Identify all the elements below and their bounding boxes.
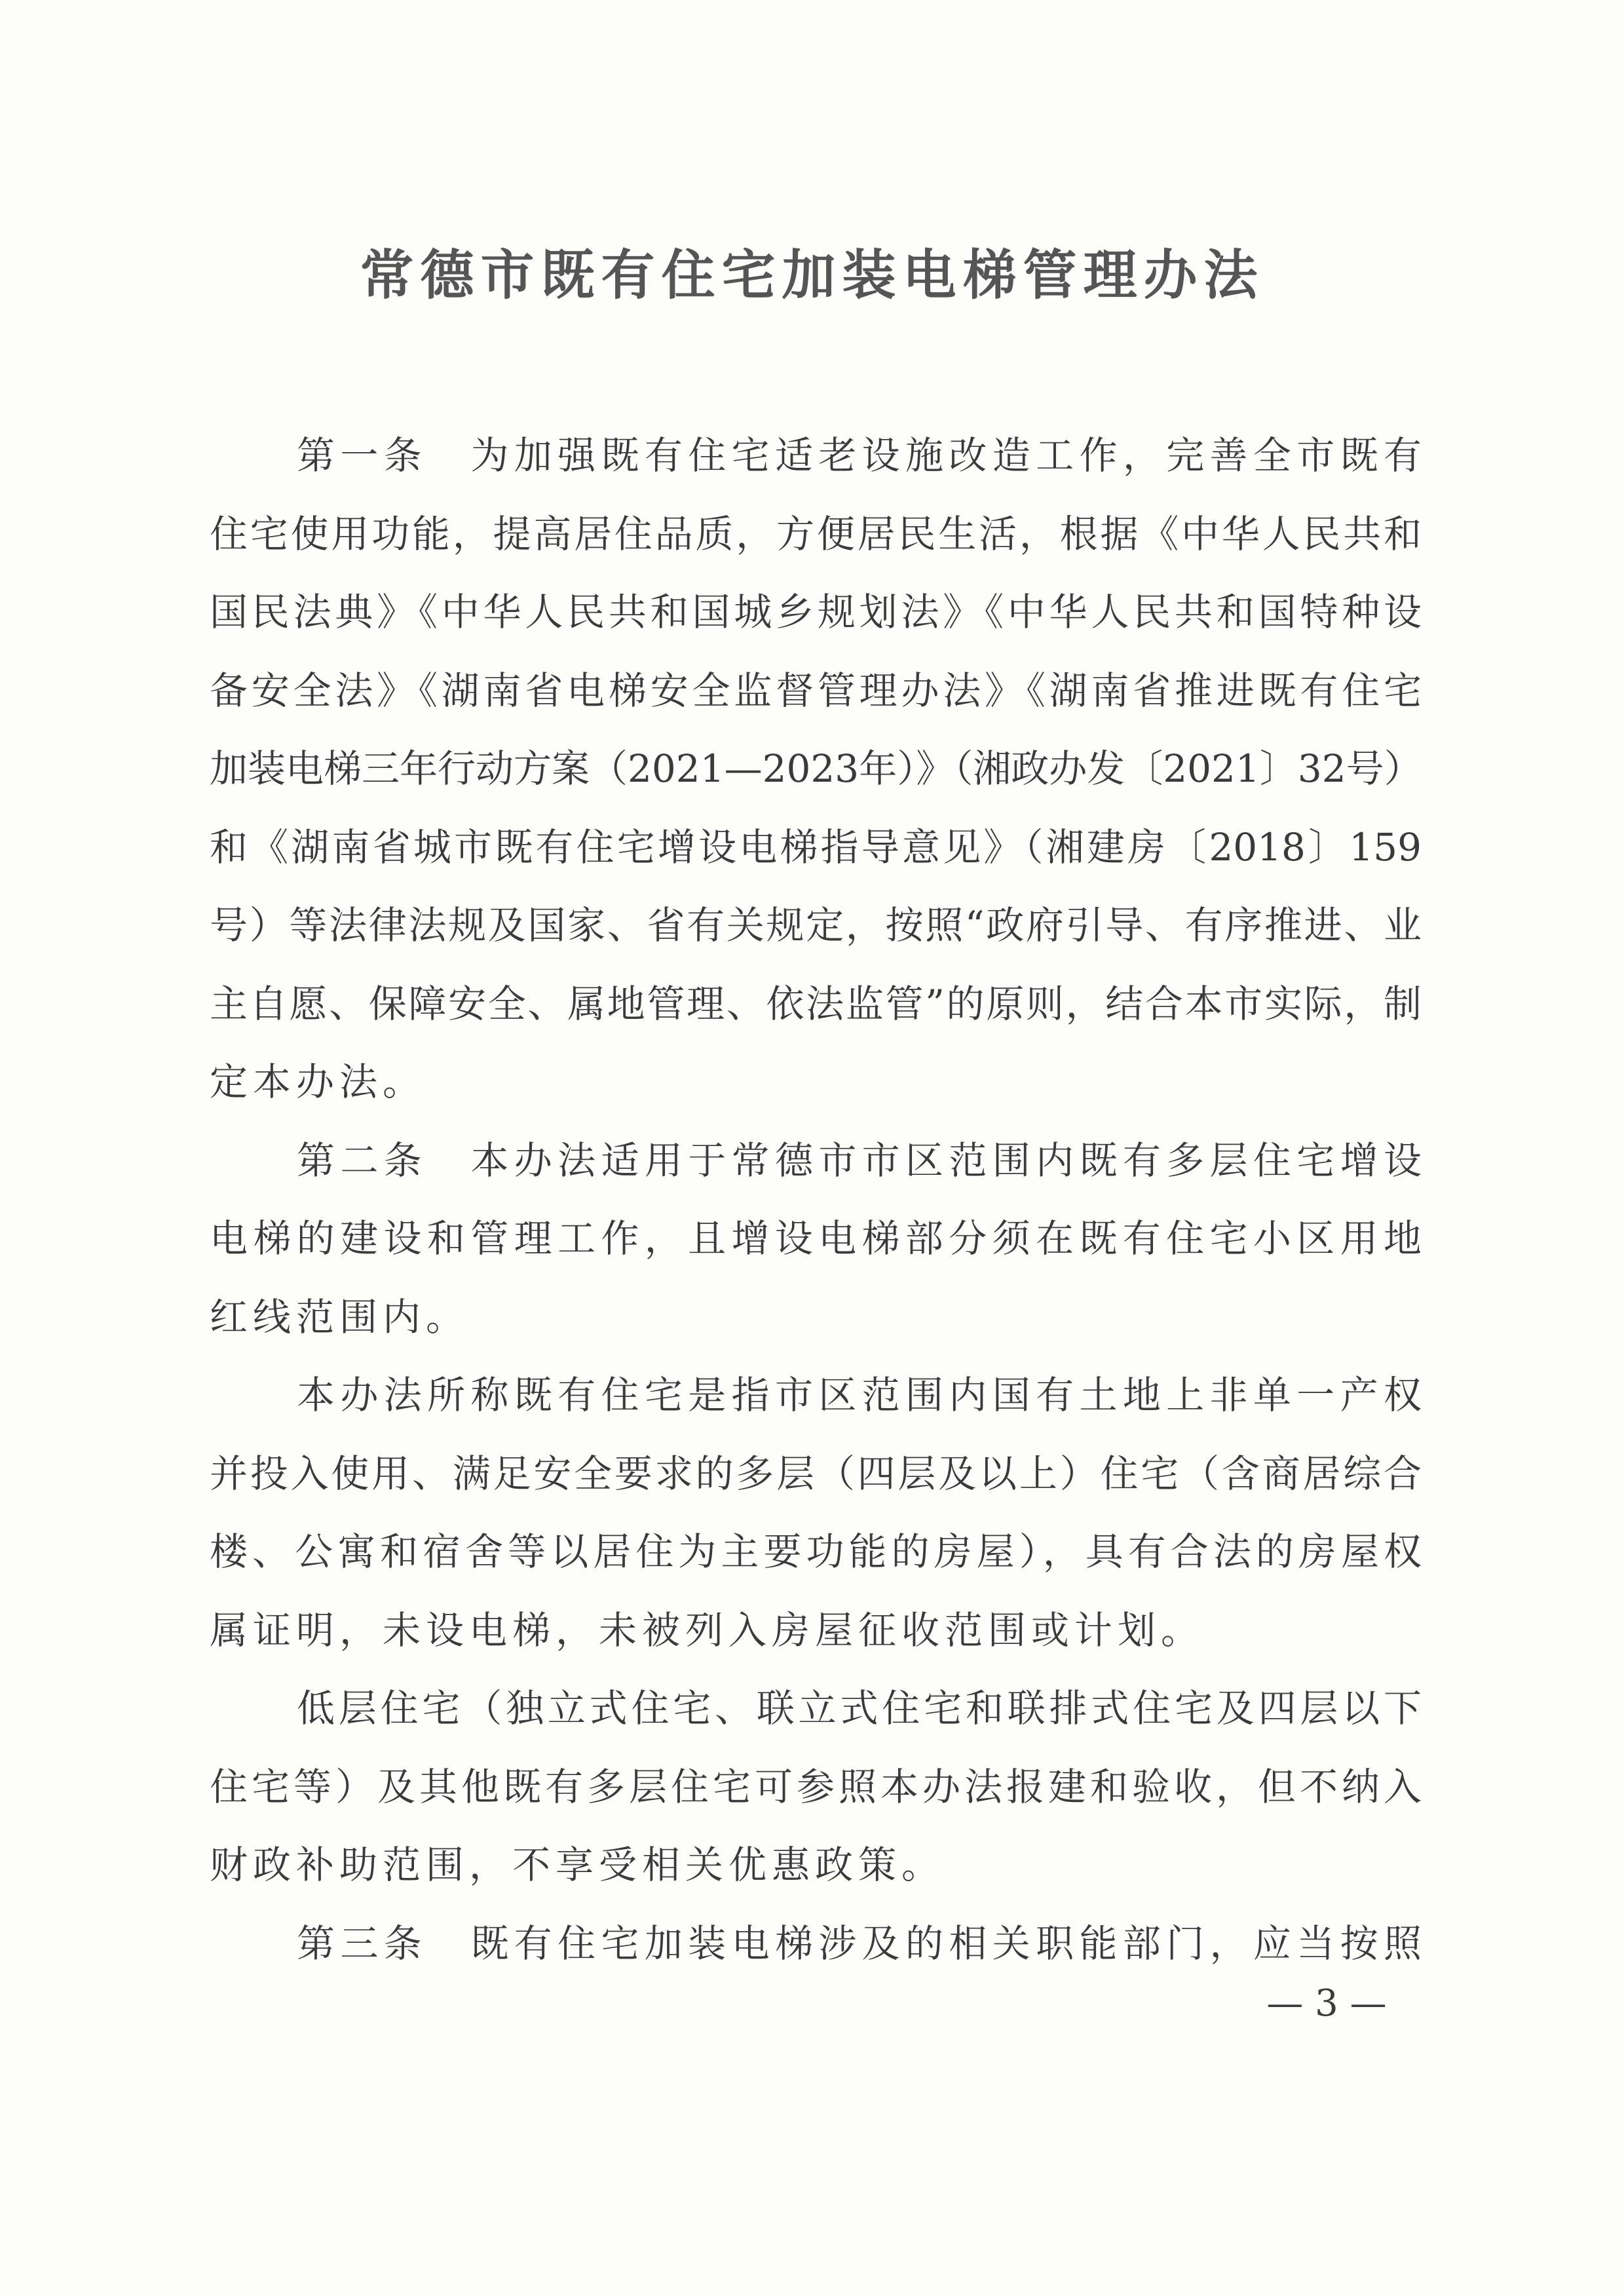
document-page: 常德市既有住宅加装电梯管理办法 第一条 为加强既有住宅适老设施改造工作，完善全市… (0, 0, 1624, 2296)
article-1-line-4: 备安全法》《湖南省电梯安全监督管理办法》《湖南省推进既有住宅 (210, 664, 1422, 717)
article-1-line-6: 和《湖南省城市既有住宅增设电梯指导意见》（湘建房〔2018〕159 (210, 821, 1422, 873)
page-number: — 3 — (1238, 1984, 1415, 2023)
article-2-line-3: 红线范围内。 (210, 1291, 1422, 1343)
article-1-line-1: 第一条 为加强既有住宅适老设施改造工作，完善全市既有 (297, 429, 1422, 482)
article-1-line-3: 国民法典》《中华人民共和国城乡规划法》《中华人民共和国特种设 (210, 586, 1422, 638)
paragraph-low-rise-line-1: 低层住宅（独立式住宅、联立式住宅和联排式住宅及四层以下 (297, 1682, 1422, 1734)
article-1-line-7: 号）等法律法规及国家、省有关规定，按照“政府引导、有序推进、业 (210, 899, 1422, 951)
article-2-line-1: 第二条 本办法适用于常德市市区范围内既有多层住宅增设 (297, 1134, 1422, 1187)
paragraph-definition-line-2: 并投入使用、满足安全要求的多层（四层及以上）住宅（含商居综合 (210, 1447, 1422, 1500)
paragraph-definition-line-1: 本办法所称既有住宅是指市区范围内国有土地上非单一产权 (297, 1369, 1422, 1421)
paragraph-definition-line-3: 楼、公寓和宿舍等以居住为主要功能的房屋），具有合法的房屋权 (210, 1525, 1422, 1578)
article-1-line-8: 主自愿、保障安全、属地管理、依法监管”的原则，结合本市实际，制 (210, 978, 1422, 1030)
article-3-line-1: 第三条 既有住宅加装电梯涉及的相关职能部门，应当按照 (297, 1917, 1422, 1970)
article-1-line-2: 住宅使用功能，提高居住品质，方便居民生活，根据《中华人民共和 (210, 508, 1422, 560)
paragraph-definition-line-4: 属证明，未设电梯，未被列入房屋征收范围或计划。 (210, 1604, 1422, 1656)
paragraph-low-rise-line-3: 财政补助范围，不享受相关优惠政策。 (210, 1839, 1422, 1891)
article-1-line-5: 加装电梯三年行动方案（2021—2023年）》（湘政办发〔2021〕32号） (210, 742, 1422, 795)
article-1-line-9: 定本办法。 (210, 1056, 1422, 1108)
paragraph-low-rise-line-2: 住宅等）及其他既有多层住宅可参照本办法报建和验收，但不纳入 (210, 1761, 1422, 1813)
document-title: 常德市既有住宅加装电梯管理办法 (0, 244, 1624, 307)
article-2-line-2: 电梯的建设和管理工作，且增设电梯部分须在既有住宅小区用地 (210, 1212, 1422, 1265)
